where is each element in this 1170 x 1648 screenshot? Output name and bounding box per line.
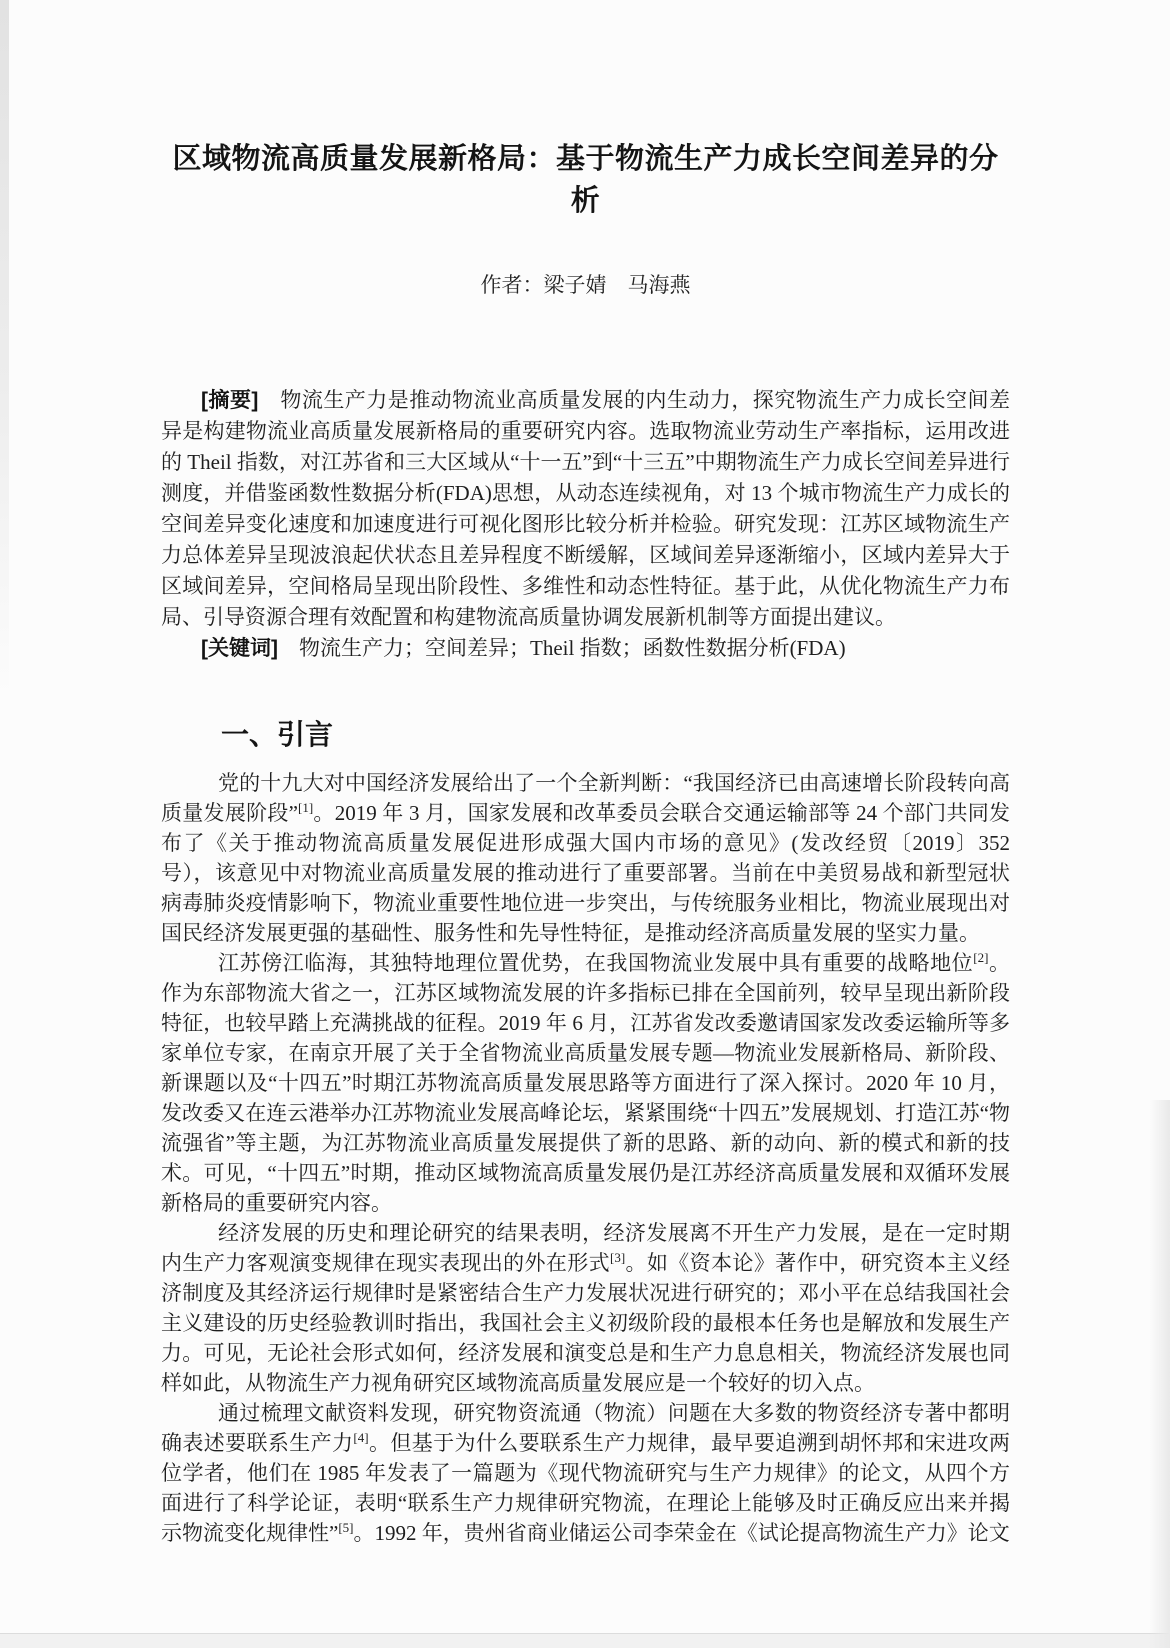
citation-reference: [1] [298,800,313,815]
abstract-paragraph: [摘要] 物流生产力是推动物流业高质量发展的内生动力，探究物流生产力成长空间差异… [161,385,1010,633]
citation-reference: [2] [973,950,988,965]
citation-reference: [4] [353,1430,368,1445]
page-edge-left [0,0,9,700]
section-heading-introduction: 一、引言 [161,716,1010,754]
bold-label: [关键词] [201,637,278,660]
author-line: 作者：梁子婧 马海燕 [161,269,1010,301]
page-edge-bottom [0,1633,1170,1648]
keywords-line: [关键词] 物流生产力；空间差异；Theil 指数；函数性数据分析(FDA) [161,633,1010,664]
paper-title: 区域物流高质量发展新格局：基于物流生产力成长空间差异的分析 [161,138,1010,222]
text-run: 物流生产力；空间差异；Theil 指数；函数性数据分析(FDA) [278,636,846,660]
text-run: 江苏傍江临海，其独特地理位置优势，在我国物流业发展中具有重要的战略地位 [218,951,973,975]
bold-label: [摘要] [201,389,258,412]
citation-reference: [5] [338,1520,353,1535]
page-content: 区域物流高质量发展新格局：基于物流生产力成长空间差异的分析 作者：梁子婧 马海燕… [161,0,1010,1548]
text-run: 。1992 年，贵州省商业储运公司李荣金在《试论提高物流生产力》论文 [354,1521,1010,1545]
intro-paragraph-3: 经济发展的历史和理论研究的结果表明，经济发展离不开生产力发展，是在一定时期内生产… [161,1218,1010,1398]
document-page: 区域物流高质量发展新格局：基于物流生产力成长空间差异的分析 作者：梁子婧 马海燕… [0,0,1170,1648]
text-run: 。作为东部物流大省之一，江苏区域物流发展的许多指标已排在全国前列，较早呈现出新阶… [161,951,1010,1215]
citation-reference: [3] [610,1250,625,1265]
intro-paragraph-1: 党的十九大对中国经济发展给出了一个全新判断：“我国经济已由高速增长阶段转向高质量… [161,768,1010,948]
intro-paragraph-4: 通过梳理文献资料发现，研究物资流通（物流）问题在大多数的物资经济专著中都明确表述… [161,1398,1010,1548]
intro-paragraph-2: 江苏傍江临海，其独特地理位置优势，在我国物流业发展中具有重要的战略地位[2]。作… [161,948,1010,1218]
text-run: 物流生产力是推动物流业高质量发展的内生动力，探究物流生产力成长空间差异是构建物流… [161,388,1010,629]
page-edge-right [1149,1100,1170,1648]
